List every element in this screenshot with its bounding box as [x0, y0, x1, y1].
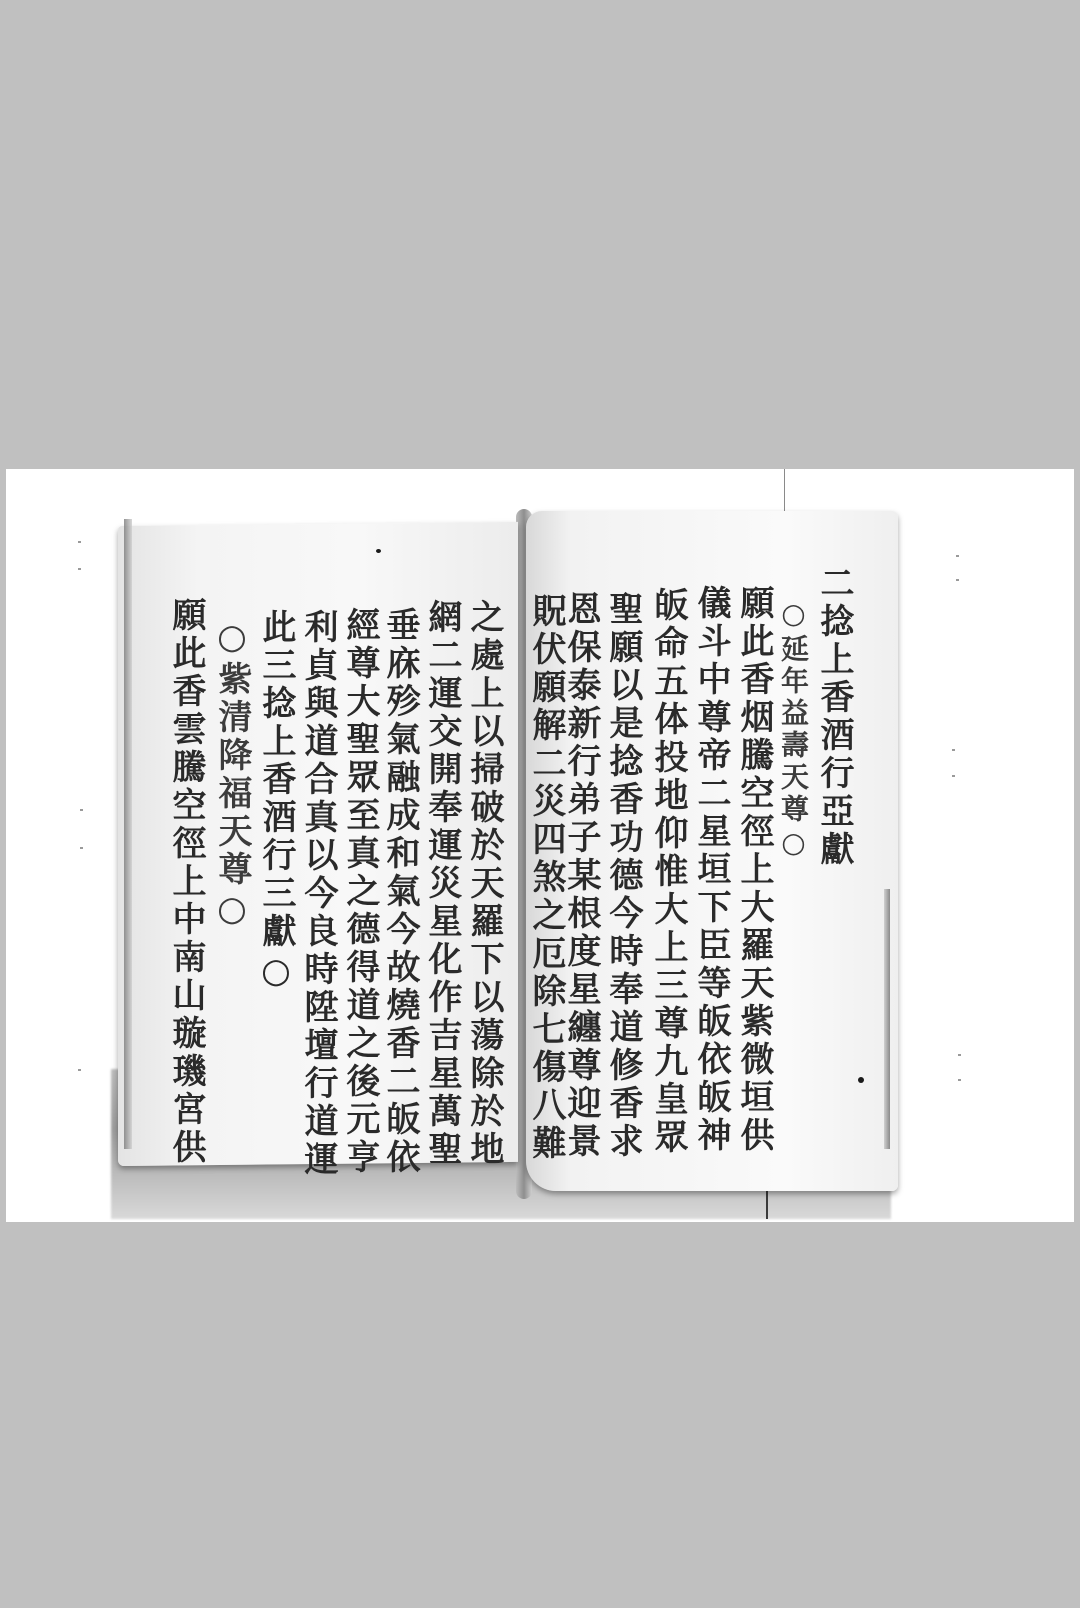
left-page-edge	[124, 519, 132, 1149]
ink-spot	[858, 1077, 864, 1083]
scanned-image: 二捻上香酒行亞獻 ○延年益壽天尊○ 願此香烟騰空徑上大羅天紫微垣供 儀斗中尊帝二…	[6, 469, 1074, 1222]
right-column-6: 聖願以是捻香功德今時奉道修香求	[603, 591, 643, 1161]
left-column-1: 之處上以掃破於天羅下以蕩除於地	[464, 599, 504, 1169]
scan-speck	[958, 1054, 961, 1056]
scan-speck	[952, 775, 955, 777]
ink-spot	[376, 549, 381, 553]
scan-speck	[952, 749, 955, 751]
scan-speck	[78, 1069, 81, 1071]
left-column-5: 利貞與道合真以今良時陞壇行道運	[298, 609, 338, 1179]
scan-speck	[956, 579, 959, 581]
right-column-1: 二捻上香酒行亞獻	[814, 565, 854, 869]
right-column-4: 儀斗中尊帝二星垣下臣等皈依皈神	[691, 585, 731, 1155]
right-column-3: 願此香烟騰空徑上大羅天紫微垣供	[734, 585, 774, 1155]
scan-speck	[78, 568, 81, 570]
left-column-3: 垂庥殄氣融成和氣今故燒香二皈依	[380, 607, 420, 1177]
scan-speck	[80, 847, 83, 849]
document-viewer: 二捻上香酒行亞獻 ○延年益壽天尊○ 願此香烟騰空徑上大羅天紫微垣供 儀斗中尊帝二…	[0, 0, 1080, 1608]
right-column-8: 貺伏願解二災四煞之厄除七傷八難	[526, 593, 566, 1163]
scan-speck	[78, 541, 81, 543]
left-column-7: ○紫清降福天尊○	[212, 617, 252, 933]
left-column-6: 此三捻上香酒行三獻○	[256, 609, 296, 995]
scan-speck	[958, 1079, 961, 1081]
scan-speck	[956, 555, 959, 557]
left-column-8: 願此香雲騰空徑上中南山璇璣宮供	[166, 597, 206, 1167]
left-column-4: 經尊大聖眾至真之德得道之後元亨	[340, 607, 380, 1177]
right-column-2: ○延年益壽天尊○	[776, 597, 810, 863]
right-column-5: 皈命五体投地仰惟大上三尊九皇眾	[648, 587, 688, 1157]
right-column-7: 恩保泰新行弟子某根度星纏尊迎景	[561, 591, 601, 1161]
left-column-2: 網二運交開奉運災星化作吉星萬聖	[422, 599, 462, 1169]
scan-speck	[80, 809, 83, 811]
right-page-edge	[884, 889, 890, 1149]
